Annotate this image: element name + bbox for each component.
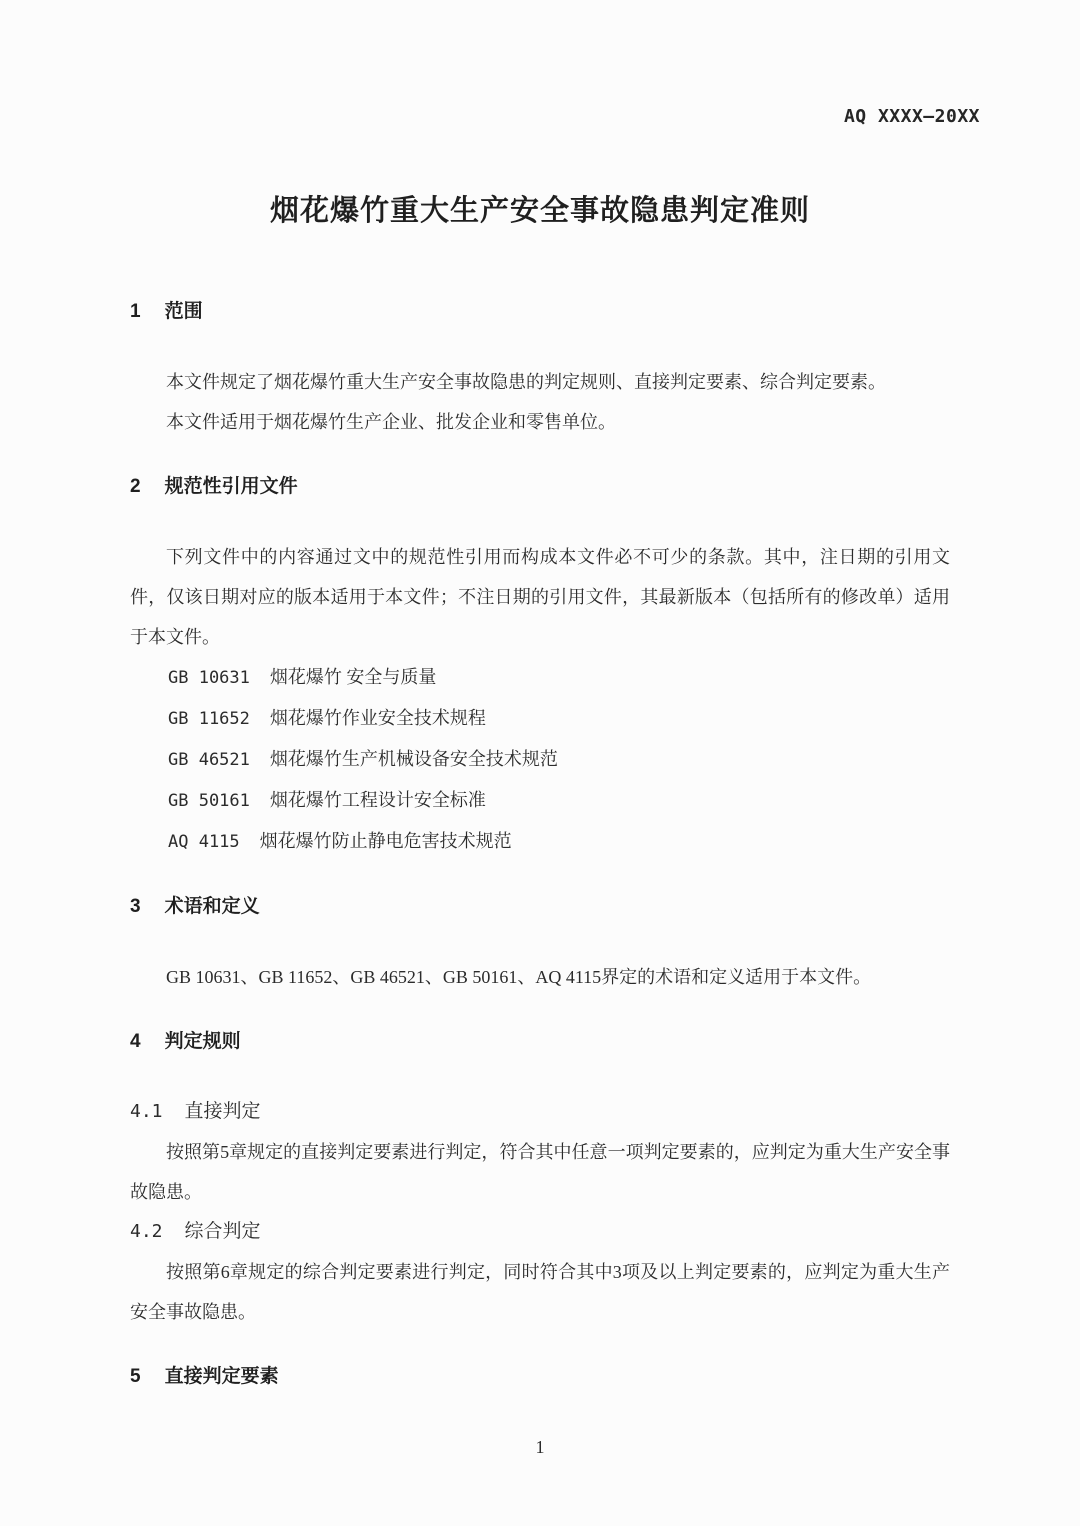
subsection-number: 4.2 (130, 1212, 163, 1252)
standard-code: AQ XXXX—20XX (844, 106, 980, 128)
subsection-title: 综合判定 (185, 1221, 261, 1242)
reference-code: GB 10631 (168, 658, 250, 698)
reference-code: GB 50161 (168, 781, 250, 821)
reference-item: GB 50161烟花爆竹工程设计安全标准 (130, 780, 950, 821)
page-number: 1 (130, 1427, 950, 1467)
reference-item: GB 11652烟花爆竹作业安全技术规程 (130, 698, 950, 739)
subsection-title: 直接判定 (185, 1101, 261, 1122)
section-heading-4: 4判定规则 (130, 1022, 950, 1062)
section-heading-3: 3术语和定义 (130, 887, 950, 927)
subsection-heading-4-2: 4.2综合判定 (130, 1212, 950, 1252)
reference-title: 烟花爆竹 安全与质量 (270, 667, 437, 687)
reference-code: GB 46521 (168, 740, 250, 780)
section-heading-5: 5直接判定要素 (130, 1357, 950, 1397)
section-heading-1: 1范围 (130, 292, 950, 332)
paragraph: 下列文件中的内容通过文中的规范性引用而构成本文件必不可少的条款。其中，注日期的引… (130, 537, 950, 657)
reference-item: AQ 4115烟花爆竹防止静电危害技术规范 (130, 821, 950, 862)
subsection-number: 4.1 (130, 1092, 163, 1132)
paragraph: 按照第5章规定的直接判定要素进行判定，符合其中任意一项判定要素的，应判定为重大生… (130, 1132, 950, 1212)
reference-title: 烟花爆竹工程设计安全标准 (270, 790, 486, 810)
paragraph: 本文件适用于烟花爆竹生产企业、批发企业和零售单位。 (130, 402, 950, 442)
section-title: 直接判定要素 (165, 1366, 279, 1387)
reference-title: 烟花爆竹作业安全技术规程 (270, 708, 486, 728)
document-content: AQ XXXX—20XX 烟花爆竹重大生产安全事故隐患判定准则 1范围 本文件规… (0, 0, 1080, 1526)
section-number: 5 (130, 1357, 141, 1397)
document-title: 烟花爆竹重大生产安全事故隐患判定准则 (130, 189, 950, 233)
section-title: 规范性引用文件 (165, 476, 298, 497)
document-page: AQ XXXX—20XX 烟花爆竹重大生产安全事故隐患判定准则 1范围 本文件规… (0, 0, 1080, 1526)
reference-item: GB 46521烟花爆竹生产机械设备安全技术规范 (130, 739, 950, 780)
section-title: 术语和定义 (165, 896, 260, 917)
reference-item: GB 10631烟花爆竹 安全与质量 (130, 657, 950, 698)
reference-code: AQ 4115 (168, 822, 240, 862)
section-heading-2: 2规范性引用文件 (130, 467, 950, 507)
reference-title: 烟花爆竹防止静电危害技术规范 (260, 831, 512, 851)
reference-code: GB 11652 (168, 699, 250, 739)
section-number: 3 (130, 887, 141, 927)
section-title: 范围 (165, 301, 203, 322)
reference-title: 烟花爆竹生产机械设备安全技术规范 (270, 749, 558, 769)
paragraph: 本文件规定了烟花爆竹重大生产安全事故隐患的判定规则、直接判定要素、综合判定要素。 (130, 362, 950, 402)
section-number: 1 (130, 292, 141, 332)
section-title: 判定规则 (165, 1031, 241, 1052)
section-number: 2 (130, 467, 141, 507)
section-number: 4 (130, 1022, 141, 1062)
paragraph: 按照第6章规定的综合判定要素进行判定，同时符合其中3项及以上判定要素的，应判定为… (130, 1252, 950, 1332)
paragraph: GB 10631、GB 11652、GB 46521、GB 50161、AQ 4… (130, 957, 950, 997)
subsection-heading-4-1: 4.1直接判定 (130, 1092, 950, 1132)
